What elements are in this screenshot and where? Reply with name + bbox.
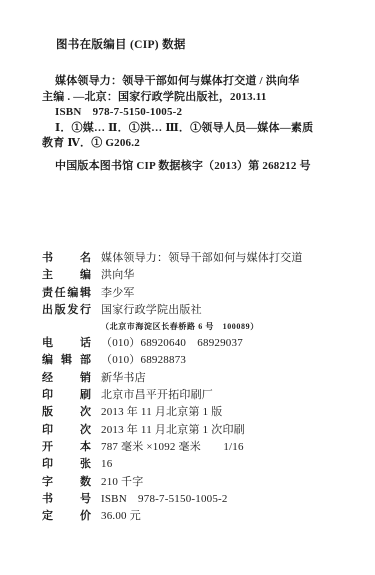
colophon-row-printer: 印刷 北京市昌平开拓印刷厂: [42, 387, 347, 404]
row-label: 编辑部: [42, 352, 91, 369]
row-label: 印刷: [42, 387, 91, 404]
row-label: 书名: [42, 250, 91, 267]
row-label: 开本: [42, 439, 91, 456]
colophon-row-sheets: 印张 16: [42, 456, 347, 473]
row-value: （010）68928873: [101, 352, 347, 369]
row-value: 210 千字: [101, 474, 347, 491]
cip-registry-line: 中国版本图书馆 CIP 数据核字（2013）第 268212 号: [42, 159, 347, 175]
colophon-row-title: 书名 媒体领导力：领导干部如何与媒体打交道: [42, 250, 347, 267]
row-label: 版次: [42, 404, 91, 421]
colophon-row-editorial-dept: 编辑部 （010）68928873: [42, 352, 347, 369]
colophon-row-printing: 印次 2013 年 11 月北京第 1 次印刷: [42, 422, 347, 439]
colophon-row-isbn: 书号 ISBN 978-7-5150-1005-2: [42, 491, 347, 508]
row-value: 洪向华: [101, 267, 347, 284]
colophon-row-wordcount: 字数 210 千字: [42, 474, 347, 491]
row-value: 北京市昌平开拓印刷厂: [101, 387, 347, 404]
row-label: 字数: [42, 474, 91, 491]
row-label: 印张: [42, 456, 91, 473]
row-label: 定价: [42, 508, 91, 525]
row-value: 媒体领导力：领导干部如何与媒体打交道: [101, 250, 347, 267]
cip-block: 图书在版编目 (CIP) 数据 媒体领导力：领导干部如何与媒体打交道 / 洪向华…: [42, 38, 347, 174]
row-label: 出版发行: [42, 302, 91, 319]
row-value: 36.00 元: [101, 508, 347, 525]
colophon-row-price: 定价 36.00 元: [42, 508, 347, 525]
colophon-row-telephone: 电话 （010）68920640 68929037: [42, 335, 347, 352]
row-label: 电话: [42, 335, 91, 352]
colophon-row-edition: 版次 2013 年 11 月北京第 1 版: [42, 404, 347, 421]
colophon-row-distributor: 经销 新华书店: [42, 370, 347, 387]
row-value: 787 毫米 ×1092 毫米 1/16: [101, 439, 347, 456]
row-value: 2013 年 11 月北京第 1 版: [101, 404, 347, 421]
cip-classification-line-2: 教育 Ⅳ．① G206.2: [42, 136, 347, 152]
row-value: （010）68920640 68929037: [101, 335, 347, 352]
row-label: 书号: [42, 491, 91, 508]
row-label: 主编: [42, 267, 91, 284]
cip-title-line: 媒体领导力：领导干部如何与媒体打交道 / 洪向华: [42, 74, 347, 90]
row-value: 2013 年 11 月北京第 1 次印刷: [101, 422, 347, 439]
colophon-row-editor: 主编 洪向华: [42, 267, 347, 284]
row-value: 李少军: [101, 285, 347, 302]
row-value: 国家行政学院出版社: [101, 302, 347, 319]
cip-publisher-line: 主编 . —北京：国家行政学院出版社，2013.11: [42, 90, 347, 106]
row-label: 经销: [42, 370, 91, 387]
colophon-table: 书名 媒体领导力：领导干部如何与媒体打交道 主编 洪向华 责任编辑 李少军 出版…: [42, 250, 347, 525]
cip-paragraph: 媒体领导力：领导干部如何与媒体打交道 / 洪向华 主编 . —北京：国家行政学院…: [42, 74, 347, 152]
row-value: 新华书店: [101, 370, 347, 387]
colophon-row-publisher: 出版发行 国家行政学院出版社: [42, 302, 347, 319]
row-label: 印次: [42, 422, 91, 439]
cip-isbn-line: ISBN 978-7-5150-1005-2: [42, 105, 347, 121]
colophon-row-format: 开本 787 毫米 ×1092 毫米 1/16: [42, 439, 347, 456]
cip-classification-line: Ⅰ．①媒… Ⅱ．①洪… Ⅲ．①领导人员—媒体—素质: [42, 121, 347, 137]
cip-heading: 图书在版编目 (CIP) 数据: [56, 38, 347, 52]
row-value: 16: [101, 456, 347, 473]
row-label: 责任编辑: [42, 285, 91, 302]
publisher-address-note: （北京市海淀区长春桥路 6 号 100089）: [42, 319, 347, 335]
book-copyright-page: 图书在版编目 (CIP) 数据 媒体领导力：领导干部如何与媒体打交道 / 洪向华…: [0, 0, 375, 575]
row-value: ISBN 978-7-5150-1005-2: [101, 491, 347, 508]
colophon-row-managing-editor: 责任编辑 李少军: [42, 285, 347, 302]
